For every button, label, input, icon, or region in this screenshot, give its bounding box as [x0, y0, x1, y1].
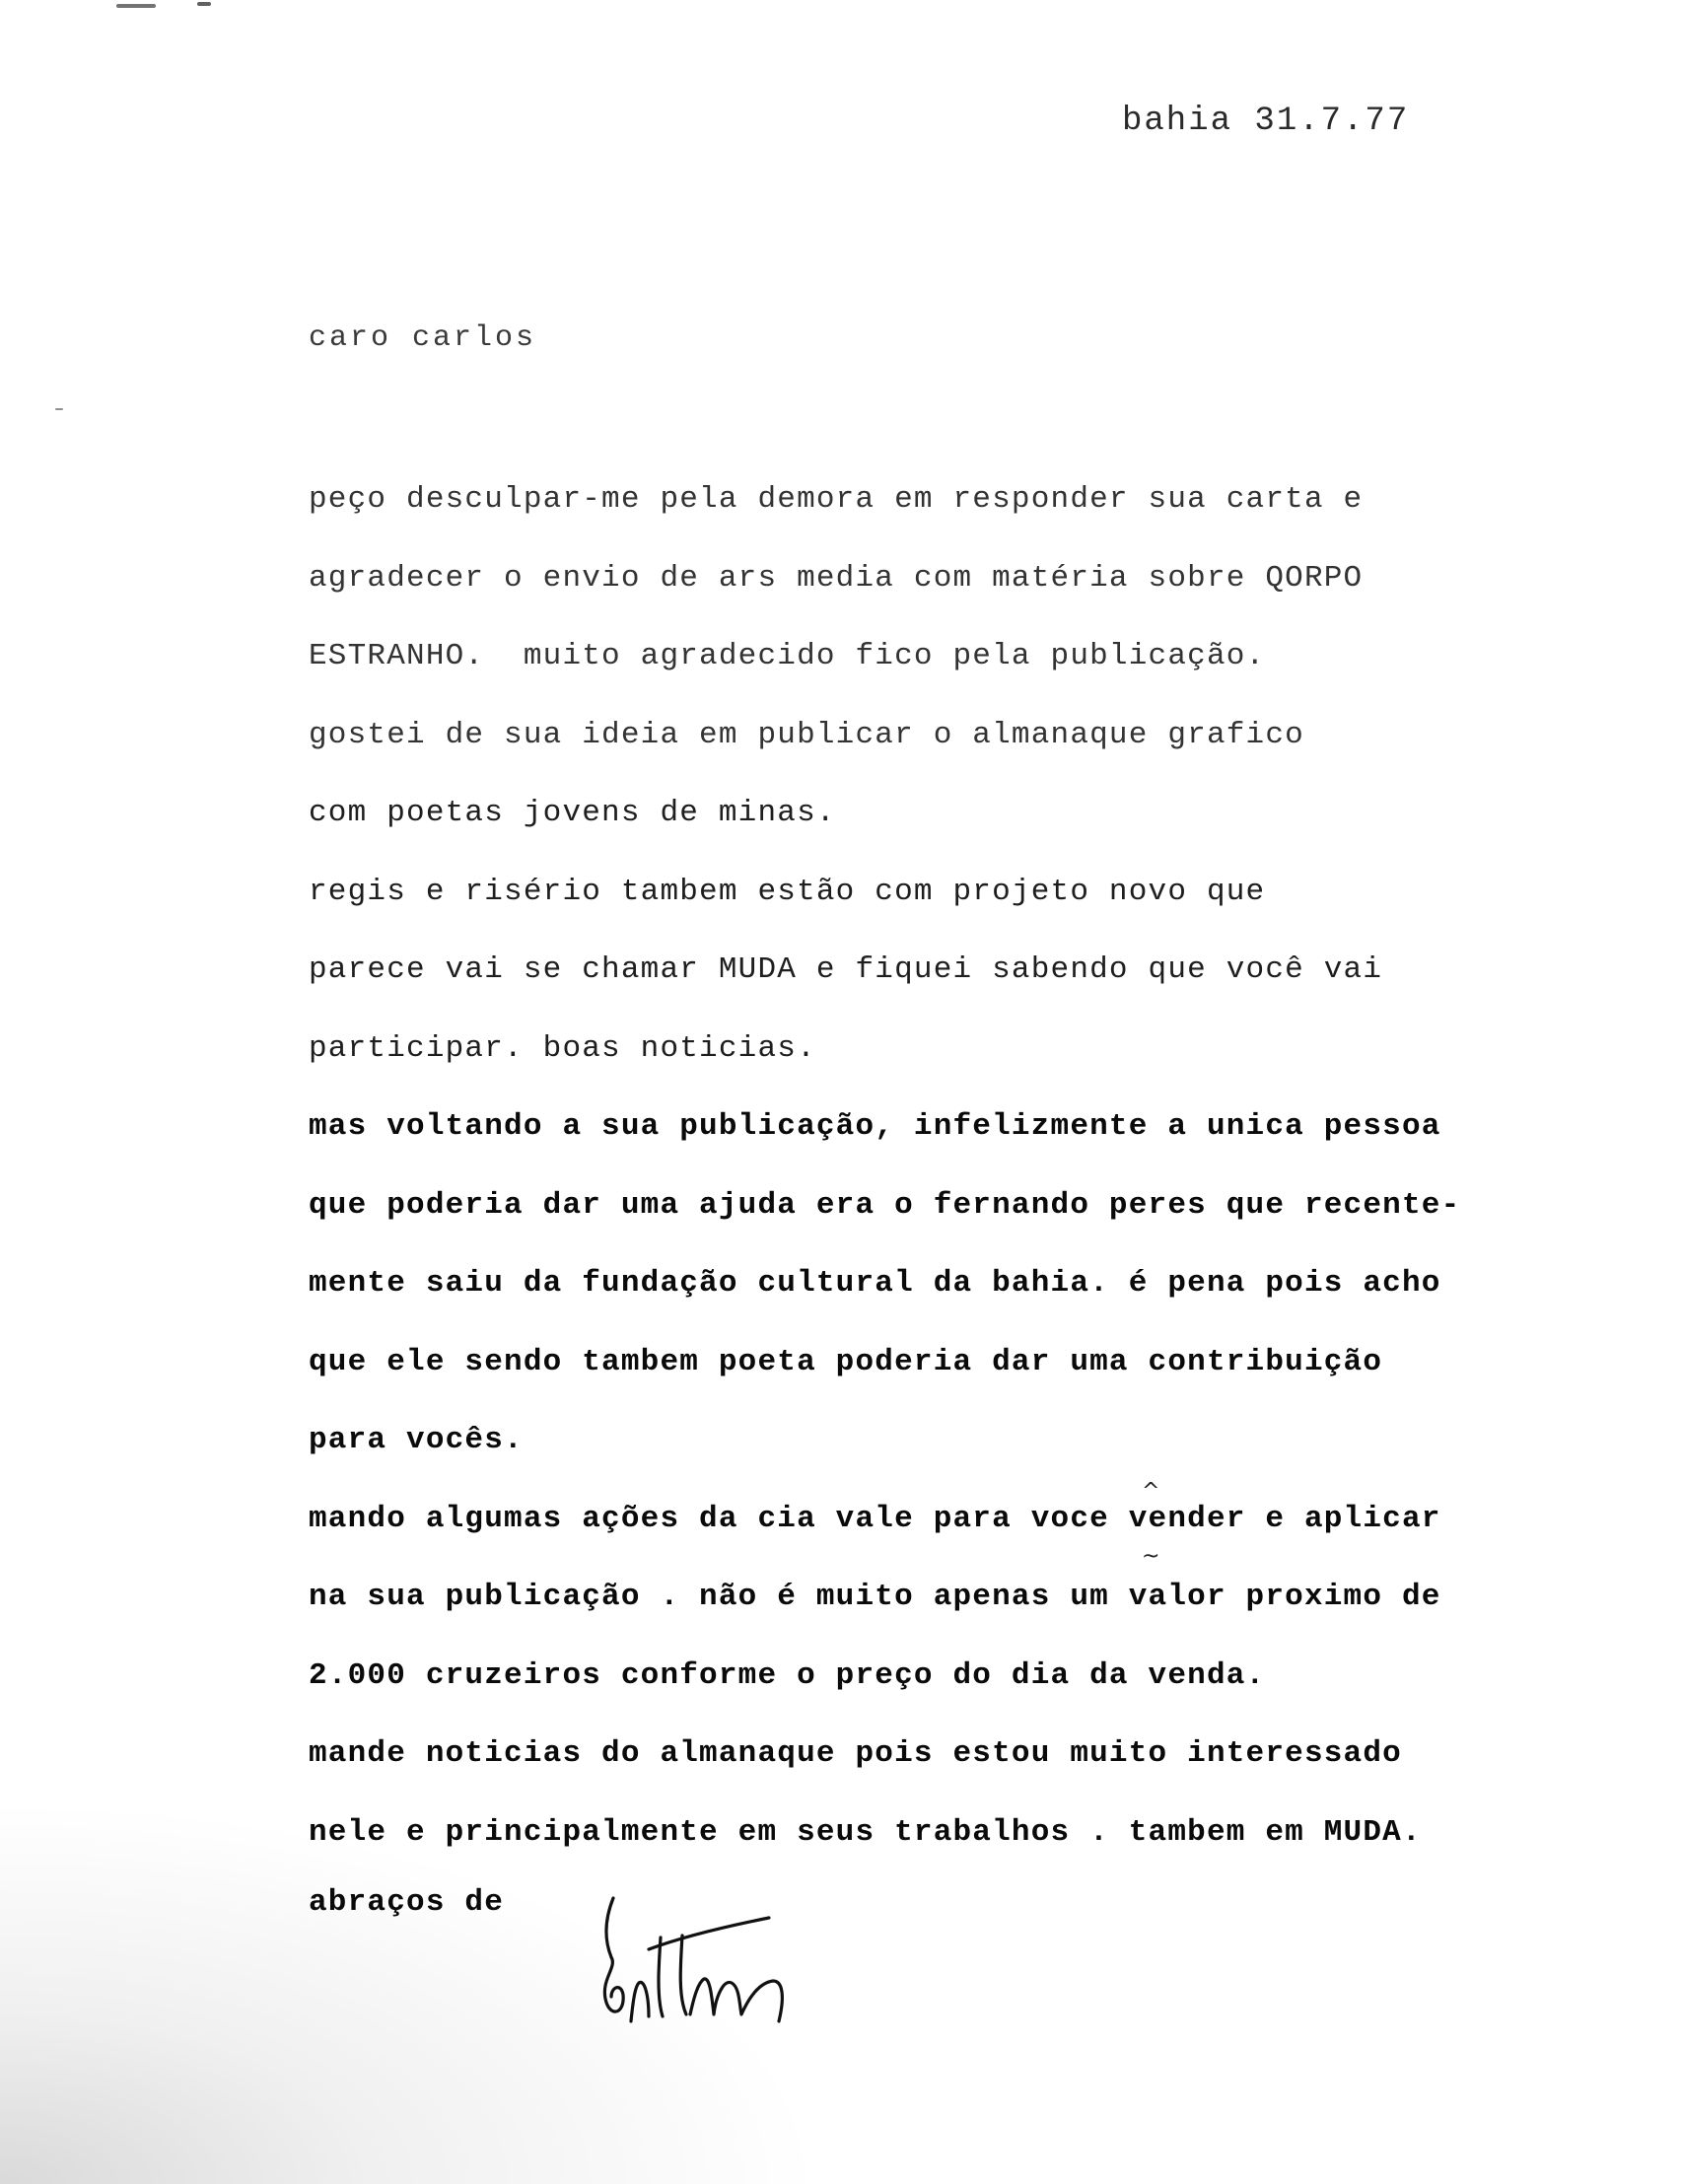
body-line: regis e risério tambem estão com projeto… [309, 868, 1551, 947]
closing: abraços de [309, 1885, 504, 1920]
body-line: com poetas jovens de minas. [309, 789, 1551, 868]
body-line: mas voltando a sua publicação, infelizme… [309, 1102, 1551, 1181]
letter-page: bahia 31.7.77 caro carlos peço desculpar… [0, 0, 1681, 2184]
body-line: mente saiu da fundação cultural da bahia… [309, 1259, 1551, 1338]
body-line: que poderia dar uma ajuda era o fernando… [309, 1181, 1551, 1260]
body-line: participar. boas noticias. [309, 1024, 1551, 1103]
scan-mark [116, 4, 156, 8]
salutation: caro carlos [309, 321, 536, 355]
body-line: ESTRANHO. muito agradecido fico pela pub… [309, 632, 1551, 711]
scan-mark [55, 408, 63, 410]
body-line: 2.000 cruzeiros conforme o preço do dia … [309, 1652, 1551, 1730]
scan-mark [197, 2, 211, 6]
body-line: agradecer o envio de ars media com matér… [309, 554, 1551, 633]
letter-date: bahia 31.7.77 [1122, 103, 1409, 140]
tilde-correction-mark: ~ [1142, 1544, 1159, 1569]
body-line: mando algumas ações da cia vale para voc… [309, 1495, 1551, 1574]
handwritten-signature [592, 1888, 818, 2036]
caret-correction-mark: ^ [1142, 1479, 1159, 1504]
body-line: na sua publicação . não é muito apenas u… [309, 1573, 1551, 1652]
body-line: nele e principalmente em seus trabalhos … [309, 1808, 1551, 1887]
body-line: parece vai se chamar MUDA e fiquei saben… [309, 946, 1551, 1024]
letter-body: peço desculpar-me pela demora em respond… [309, 475, 1551, 1886]
body-line: mande noticias do almanaque pois estou m… [309, 1729, 1551, 1808]
body-line: gostei de sua ideia em publicar o almana… [309, 711, 1551, 790]
body-line: peço desculpar-me pela demora em respond… [309, 475, 1551, 554]
body-line: para vocês. [309, 1416, 1551, 1495]
body-line: que ele sendo tambem poeta poderia dar u… [309, 1338, 1551, 1417]
